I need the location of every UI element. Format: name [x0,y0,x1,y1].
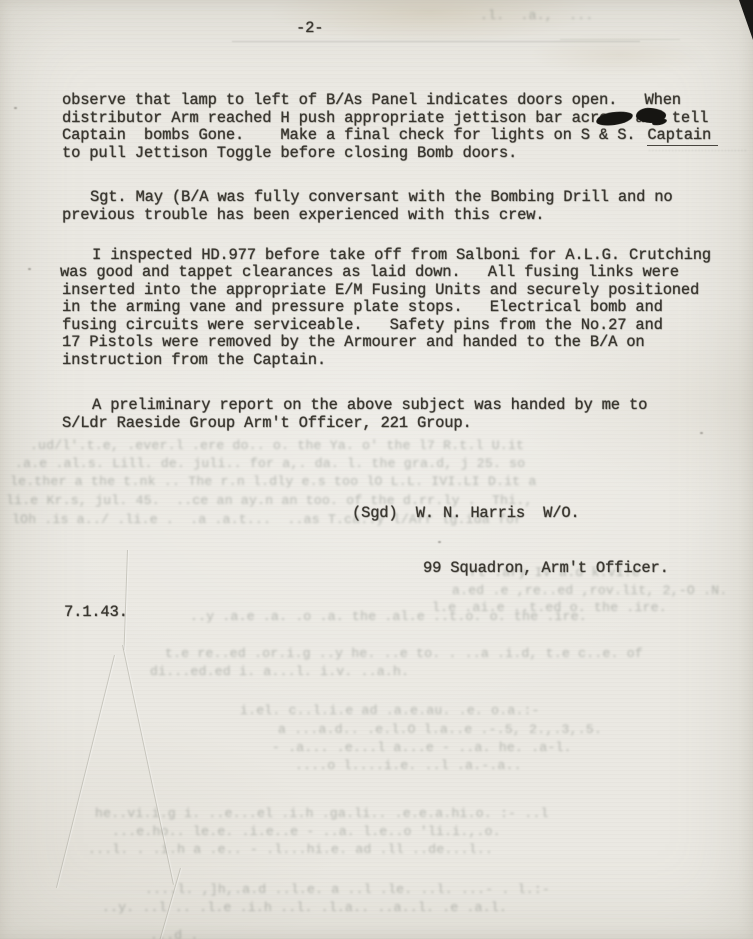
corner-fold [739,0,753,40]
bleed-through-text: di...ed.ed i. a...l. i.v. ..a.h. [150,664,409,679]
typed-line: instruction from the Captain. [62,352,326,369]
typed-line: I inspected HD.977 before take off from … [92,247,711,264]
bleed-through-text: ..y .a.e .a. .o .a. the .al.e ..t.o. o. … [190,609,587,624]
bleed-through-text: ..y. ..l .. .l.e .i.h ..l. .l.a.. ..a..l… [102,900,507,915]
typed-line: previous trouble has been experienced wi… [62,207,544,224]
typed-line: observe that lamp to left of B/As Panel … [62,92,681,109]
typed-line: fusing circuits were serviceable. Safety… [62,317,663,334]
typed-line: S/Ldr Raeside Group Arm't Officer, 221 G… [62,415,472,432]
bleed-through-text: .ud/l'.t.e, .ever.l .ere do.. o. the Ya.… [30,438,524,453]
bleed-through-text: a ...a.d.. .e.l.O l.a..e .-.5, 2.,.3,.5. [278,722,602,737]
typed-line: in the arming vane and pressure plate st… [62,299,663,316]
typed-line: to pull Jettison Toggle before closing B… [62,145,517,162]
bleed-through-text: a.ed .e ,re..ed ,rov.lit, 2,-O .N. [452,583,727,598]
paper-crease [124,550,128,650]
typed-line: A preliminary report on the above subjec… [92,397,647,414]
signature-line: (Sgd) W. N. Harris W/O. [352,505,580,522]
paper-speck [28,268,31,270]
typed-line: inserted into the appropriate E/M Fusing… [62,282,699,299]
bleed-through-text: ....o l....i.e. ..l .a.-.a.. [295,758,522,773]
bleed-through-text: ...d . [150,928,199,939]
date-line: 7.1.43. [64,604,128,621]
typed-line: 17 Pistols were removed by the Armourer … [62,334,645,351]
bleed-through-text: .l. .a., ... [480,8,593,23]
bleed-through-text: le.ther a the t.nk .. The r.n l.dly e.s … [10,474,537,489]
scanned-document-page: .l. .a., ... .ud/l'.t.e, .ever.l .ere do… [0,0,753,939]
faint-rule-line [232,41,640,42]
unit-line: 99 Squadron, Arm't Officer. [423,560,669,577]
bleed-through-text: - .a... .e...l a...e - ..a. he. .a-l. [272,740,572,755]
faint-rule-line [560,39,680,40]
bleed-through-text: .a.e .al.s. Lill. de. juli.. for a,. da.… [15,456,525,471]
typed-line: was good and tappet clearances as laid d… [60,264,679,281]
bleed-through-text: ...l. . .i.h a .e.. - .l...hi.e. ad .ll … [88,842,493,857]
page-number: -2- [296,20,323,37]
bleed-through-text: t.e re..ed .or.i.g ..y he. ..e to. . ..a… [165,646,643,661]
bleed-through-text: i.el. c..l.i.e ad .a.e.au. .e. o.a.:- [240,703,540,718]
underlined-word: Captain [647,126,718,146]
typed-text: Captain bombs Gone. Make a final check f… [62,126,635,144]
bleed-through-text: he..vi.i.g i. ..e...el .i.h .ga.li.. .e.… [95,806,549,821]
bleed-through-text: ....l. ,]h,.a.d ..l.e. a ..l .le. ..l. .… [145,882,550,897]
paper-speck [700,432,703,434]
paper-speck [14,107,17,109]
bleed-through-text: ...e.ho.. le.e. .i.e..e - ..a. l.e..o 'l… [112,824,501,839]
typed-line: Captain bombs Gone. Make a final check f… [62,127,718,144]
paper-speck [438,541,441,543]
typed-line: Sgt. May (B/A was fully conversant with … [90,189,673,206]
